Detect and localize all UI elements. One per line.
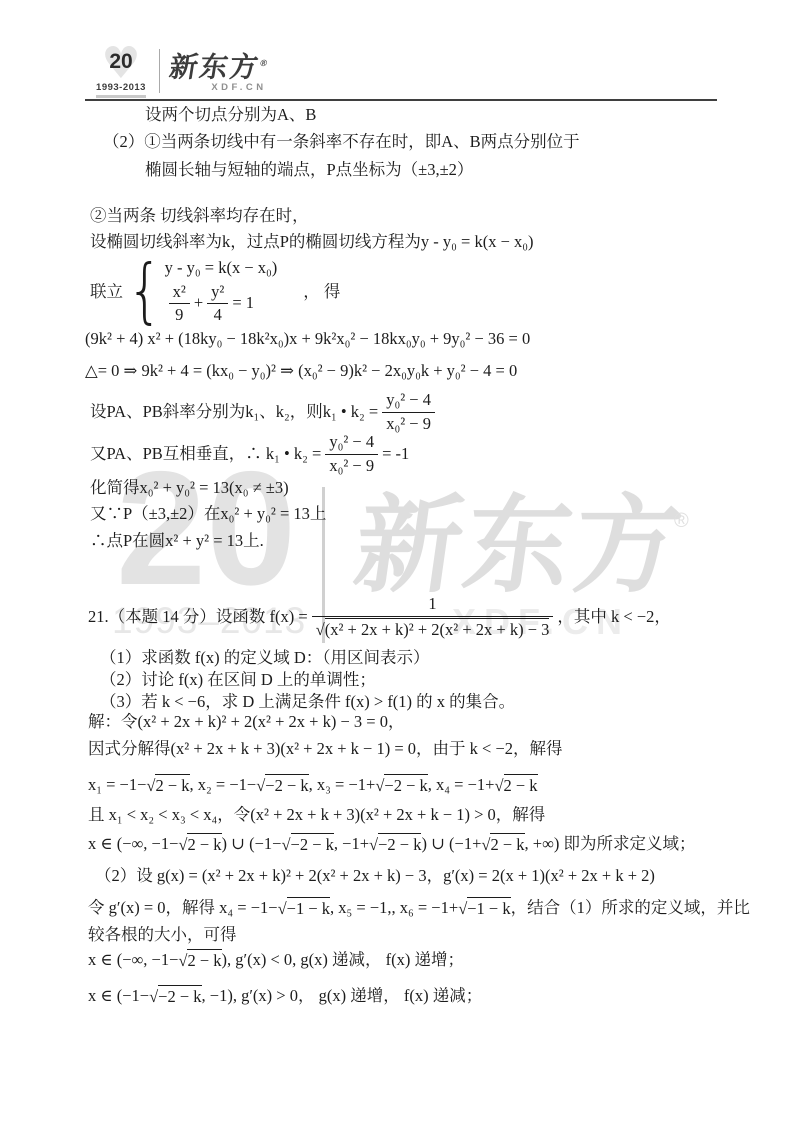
system-row1: y - y₀ = k(x − x₀) xyxy=(165,258,278,279)
header-rule xyxy=(85,99,717,101)
line-roots: x₁ = −1−√2 − k, x₂ = −1−√−2 − k , x₃ = −… xyxy=(88,774,538,797)
brand-domain: XDF.CN xyxy=(170,82,267,93)
line-monotonic-1: x ∈ (−∞, −1−√2 − k), g′(x) < 0, g(x) 递减，… xyxy=(88,949,464,972)
registered-icon: ® xyxy=(260,58,268,68)
header-divider xyxy=(159,49,160,93)
anniversary-tagline xyxy=(96,95,146,98)
line-case2-title: ②当两条 切线斜率均存在时， xyxy=(90,206,309,227)
line-conclusion: ∴点P在圆x² + y² = 13上. xyxy=(90,531,264,552)
line-simplify: 化简得x₀² + y₀² = 13(x₀ ≠ ±3) xyxy=(90,478,289,499)
line-tangent-slope: 设椭圆切线斜率为k，过点P的椭圆切线方程为y - y₀ = k(x − x₀) xyxy=(90,232,534,253)
solution-content: 设两个切点分别为A、B （2）①当两条切线中有一条斜率不存在时，即A、B两点分别… xyxy=(0,0,800,1131)
problem-21-sub1: （1）求函数 f(x) 的定义域 D：（用区间表示） xyxy=(100,648,430,669)
system-brace: { xyxy=(127,257,163,327)
anniversary-logo: ♥ 20 1993-2013 xyxy=(92,44,150,98)
anniversary-years: 1993-2013 xyxy=(92,82,150,93)
line-order-inequality: 且 x₁ < x₂ < x₃ < x₄，令(x² + 2x + k + 3)(x… xyxy=(88,805,545,826)
line-slopes-product: 设PA、PB斜率分别为k₁、k₂，则k₁ • k₂ = y₀² − 4x₀² −… xyxy=(90,390,439,434)
line-sol-let: 解：令(x² + 2x + k)² + 2(x² + 2x + k) − 3 =… xyxy=(88,712,404,733)
system-row2: x²9 + y²4 = 1 xyxy=(165,282,278,326)
problem-21-statement: 21.（本题 14 分）设函数 f(x) = 1√(x² + 2x + k)² … xyxy=(88,594,671,640)
equation-system: 联立 { y - y₀ = k(x − x₀) x²9 + y²4 = 1 ， … xyxy=(90,258,340,326)
system-label: 联立 xyxy=(90,282,123,303)
line-perpendicular: 又PA、PB互相垂直，∴ k₁ • k₂ = y₀² − 4x₀² − 9 = … xyxy=(90,432,409,476)
line-g-definition: （2）设 g(x) = (x² + 2x + k)² + 2(x² + 2x +… xyxy=(95,866,655,887)
line-g-roots: 令 g′(x) = 0，解得 x₄ = −1−√−1 − k, x₅ = −1,… xyxy=(88,897,750,920)
line-point-on-circle: 又∵P（±3,±2）在x₀² + y₀² = 13上 xyxy=(90,504,326,525)
line-discriminant: △= 0 ⇒ 9k² + 4 = (kx₀ − y₀)² ⇒ (x₀² − 9)… xyxy=(85,361,517,382)
line-domain: x ∈ (−∞, −1−√2 − k) ∪ (−1−√−2 − k, −1+√−… xyxy=(88,833,695,856)
problem-21-sub2: （2）讨论 f(x) 在区间 D 上的单调性； xyxy=(100,670,376,691)
anniversary-number: 20 xyxy=(92,50,150,74)
line-case1-b: 椭圆长轴与短轴的端点，P点坐标为（±3,±2） xyxy=(145,160,473,181)
line-factorize: 因式分解得(x² + 2x + k + 3)(x² + 2x + k − 1) … xyxy=(88,739,563,760)
line-compare-roots: 较各根的大小，可得 xyxy=(88,925,237,946)
line-expanded-eq: (9k² + 4) x² + (18ky₀ − 18k²x₀)x + 9k²x₀… xyxy=(85,329,530,350)
system-suffix: ， 得 xyxy=(303,282,340,303)
brand-name: 新东方® xyxy=(167,49,269,81)
header: ♥ 20 1993-2013 新东方® XDF.CN xyxy=(92,44,267,98)
system-rows: y - y₀ = k(x − x₀) x²9 + y²4 = 1 xyxy=(165,258,278,326)
brand-logo: 新东方® XDF.CN xyxy=(170,49,267,93)
brand-name-text: 新东方 xyxy=(167,51,262,82)
line-set-tangent-points: 设两个切点分别为A、B xyxy=(145,105,316,126)
line-case1-a: （2）①当两条切线中有一条斜率不存在时，即A、B两点分别位于 xyxy=(103,132,580,153)
line-monotonic-2: x ∈ (−1−√−2 − k, −1), g′(x) > 0， g(x) 递增… xyxy=(88,985,482,1008)
problem-21-sub3: （3）若 k < −6，求 D 上满足条件 f(x) > f(1) 的 x 的集… xyxy=(100,692,515,713)
exam-solution-page: 20 新东方 ® 1993–2013 XDF.CN ♥ 20 1993-2013… xyxy=(0,0,800,1131)
